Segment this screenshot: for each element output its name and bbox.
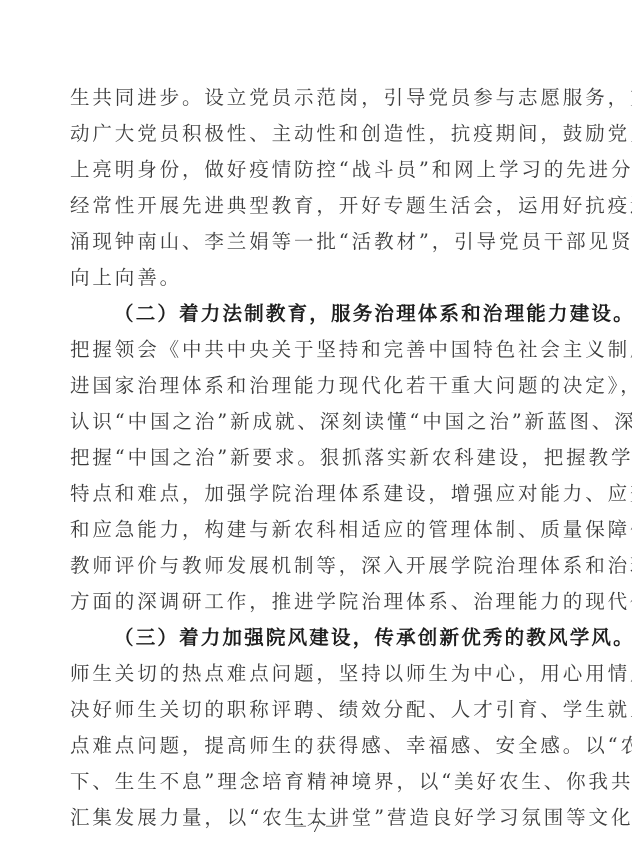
text-line: 认识“中国之治”新成就、深刻读懂“中国之治”新蓝图、深刻 [70,404,563,440]
text-line: 和应急能力，构建与新农科相适应的管理体制、质量保障体系、 [70,512,563,548]
text-line: 涌现钟南山、李兰娟等一批“活教材”，引导党员干部见贤思齐、 [70,224,563,260]
text-line: 特点和难点，加强学院治理体系建设，增强应对能力、应变能力 [70,476,563,512]
text-line: 方面的深调研工作，推进学院治理体系、治理能力的现代化。 [70,584,563,620]
text-line: 进国家治理体系和治理能力现代化若干重大问题的决定》，深刻 [70,368,563,404]
text-line: 经常性开展先进典型教育，开好专题生活会，运用好抗疫过程中 [70,188,563,224]
section-heading-2: （二）着力法制教育，服务治理体系和治理能力建设。 [114,302,632,325]
section-heading-line: （二）着力法制教育，服务治理体系和治理能力建设。准确 [70,296,563,332]
text-line: 决好师生关切的职称评聘、绩效分配、人才引育、学生就业等热 [70,692,563,728]
section-heading-line: （三）着力加强院风建设，传承创新优秀的教风学风。解决 [70,620,563,656]
text-line: 点难点问题，提高师生的获得感、幸福感、安全感。以“农行天 [70,728,563,764]
text-line: 向上向善。 [70,260,563,296]
text-line: 下、生生不息”理念培育精神境界，以“美好农生、你我共建” [70,764,563,800]
document-page: 生共同进步。设立党员示范岗，引导党员参与志愿服务，充分调 动广大党员积极性、主动… [0,0,632,862]
text-line: 教师评价与教师发展机制等，深入开展学院治理体系和治理能力 [70,548,563,584]
page-number: － 7 － [0,814,632,837]
text-line: 把握领会《中共中央关于坚持和完善中国特色社会主义制度、推 [70,332,563,368]
text-line: 生共同进步。设立党员示范岗，引导党员参与志愿服务，充分调 [70,80,563,116]
body-text: 生共同进步。设立党员示范岗，引导党员参与志愿服务，充分调 动广大党员积极性、主动… [70,80,563,836]
text-line: 动广大党员积极性、主动性和创造性，抗疫期间，鼓励党员在网 [70,116,563,152]
text-line: 上亮明身份，做好疫情防控“战斗员”和网上学习的先进分子， [70,152,563,188]
section-heading-3: （三）着力加强院风建设，传承创新优秀的教风学风。 [114,626,632,649]
text-line: 师生关切的热点难点问题，坚持以师生为中心，用心用情用功解 [70,656,563,692]
text-line: 把握“中国之治”新要求。狠抓落实新农科建设，把握教学改革 [70,440,563,476]
